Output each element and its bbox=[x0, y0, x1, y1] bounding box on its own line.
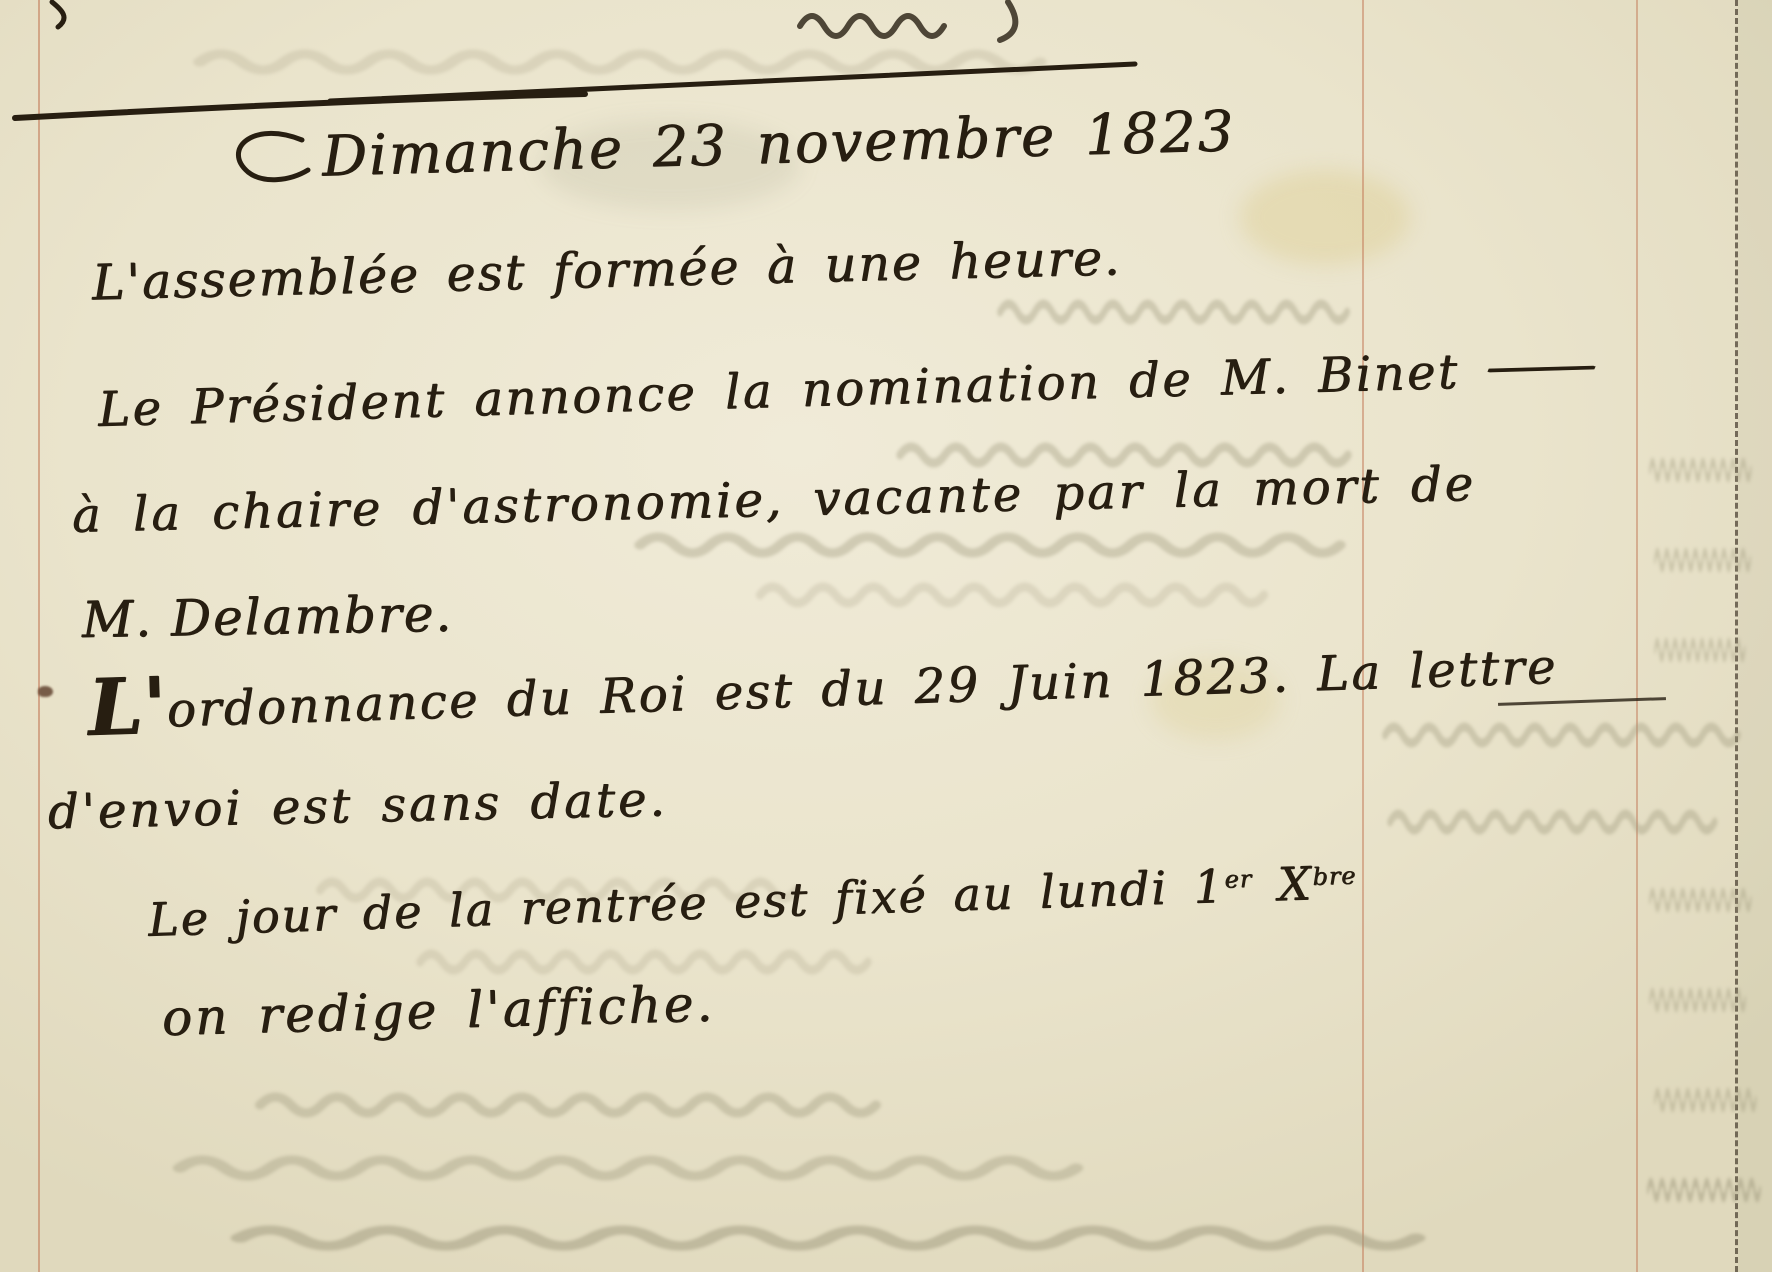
top-rule-stroke bbox=[330, 64, 1135, 101]
superscript: bre bbox=[1312, 862, 1357, 891]
ornate-initial: L' bbox=[87, 661, 169, 754]
cut-off-writing bbox=[1000, 2, 1015, 40]
superscript: er bbox=[1224, 865, 1252, 894]
line-text: X bbox=[1252, 856, 1314, 912]
cut-off-writing bbox=[800, 16, 944, 36]
manuscript-page: Dimanche 23 novembre 1823 L'assemblée es… bbox=[0, 0, 1772, 1272]
trailing-dash: — bbox=[1483, 336, 1606, 395]
manuscript-line-4: M. Delambre. bbox=[82, 585, 454, 649]
corner-mark bbox=[52, 2, 64, 27]
top-rule-stroke bbox=[15, 94, 585, 118]
heading-flourish bbox=[238, 133, 308, 179]
